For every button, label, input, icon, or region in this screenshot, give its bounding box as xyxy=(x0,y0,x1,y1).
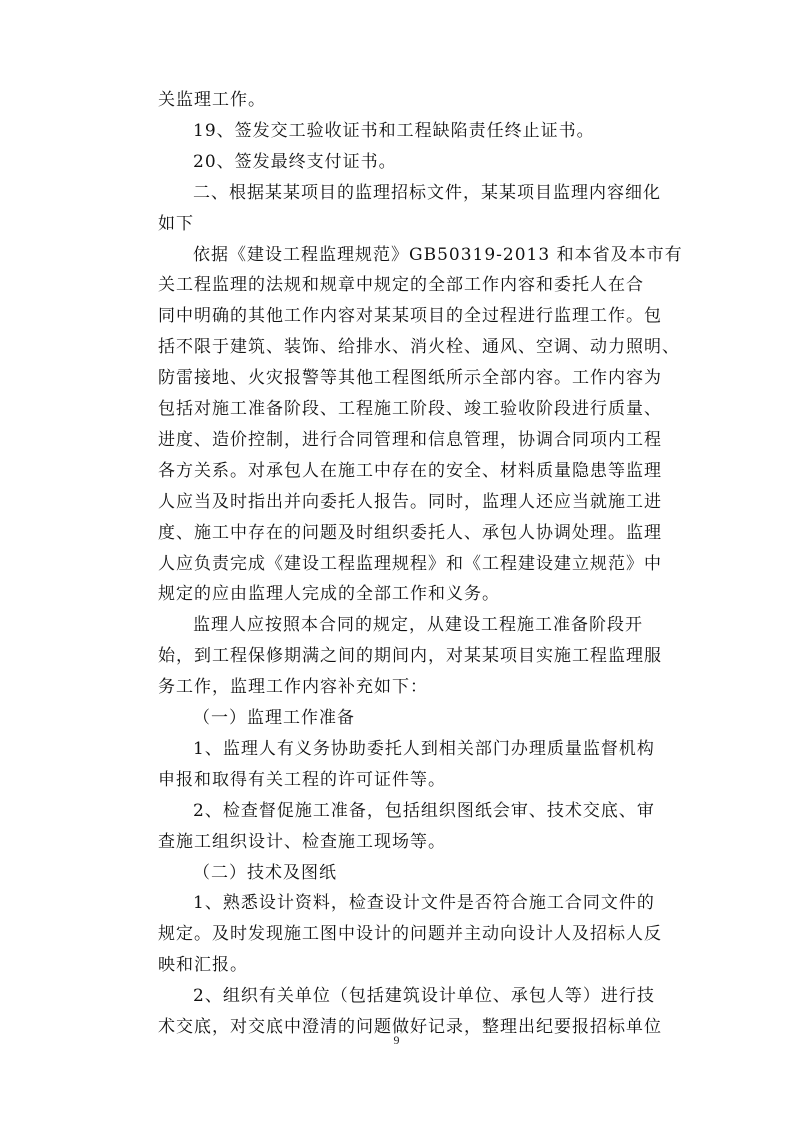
text-line: 二、根据某某项目的监理招标文件，某某项目监理内容细化 xyxy=(193,178,678,208)
page-number: 9 xyxy=(0,1033,793,1048)
text-line: 查施工组织设计、检查施工现场等。 xyxy=(158,827,678,857)
text-line: 人应当及时指出并向委托人报告。同时，监理人还应当就施工进 xyxy=(158,487,678,517)
text-line: 同中明确的其他工作内容对某某项目的全过程进行监理工作。包 xyxy=(158,301,678,331)
text-line: 规定。及时发现施工图中设计的问题并主动向设计人及招标人反 xyxy=(158,919,678,949)
text-line: 监理人应按照本合同的规定，从建设工程施工准备阶段开 xyxy=(193,610,678,640)
text-line: （二）技术及图纸 xyxy=(193,858,678,888)
text-line: 始，到工程保修期满之间的期间内，对某某项目实施工程监理服 xyxy=(158,641,678,671)
text-line: 进度、造价控制，进行合同管理和信息管理，协调合同项内工程 xyxy=(158,425,678,455)
document-page: 关监理工作。19、签发交工验收证书和工程缺陷责任终止证书。20、签发最终支付证书… xyxy=(0,0,793,1122)
text-line: 2、组织有关单位（包括建筑设计单位、承包人等）进行技 xyxy=(193,981,678,1011)
text-line: 申报和取得有关工程的许可证件等。 xyxy=(158,765,678,795)
text-line: 映和汇报。 xyxy=(158,950,678,980)
text-line: 如下 xyxy=(158,209,678,239)
text-line: 括不限于建筑、装饰、给排水、消火栓、通风、空调、动力照明、 xyxy=(158,332,678,362)
text-line: 包括对施工准备阶段、工程施工阶段、竣工验收阶段进行质量、 xyxy=(158,394,678,424)
text-line: 规定的应由监理人完成的全部工作和义务。 xyxy=(158,579,678,609)
text-line: 19、签发交工验收证书和工程缺陷责任终止证书。 xyxy=(193,116,678,146)
text-line: 1、监理人有义务协助委托人到相关部门办理质量监督机构 xyxy=(193,734,678,764)
text-line: 务工作，监理工作内容补充如下： xyxy=(158,672,678,702)
text-line: 防雷接地、火灾报警等其他工程图纸所示全部内容。工作内容为 xyxy=(158,363,678,393)
text-line: 关工程监理的法规和规章中规定的全部工作内容和委托人在合 xyxy=(158,270,678,300)
text-line: 人应负责完成《建设工程监理规程》和《工程建设建立规范》中 xyxy=(158,549,678,579)
text-line: 依据《建设工程监理规范》GB50319-2013 和本省及本市有 xyxy=(193,240,678,270)
text-line: 度、施工中存在的问题及时组织委托人、承包人协调处理。监理 xyxy=(158,518,678,548)
text-line: 20、签发最终支付证书。 xyxy=(193,147,678,177)
text-line: 各方关系。对承包人在施工中存在的安全、材料质量隐患等监理 xyxy=(158,456,678,486)
text-line: 2、检查督促施工准备，包括组织图纸会审、技术交底、审 xyxy=(193,796,678,826)
text-line: （一）监理工作准备 xyxy=(193,703,678,733)
text-line: 关监理工作。 xyxy=(158,85,678,115)
text-line: 1、熟悉设计资料，检查设计文件是否符合施工合同文件的 xyxy=(193,888,678,918)
